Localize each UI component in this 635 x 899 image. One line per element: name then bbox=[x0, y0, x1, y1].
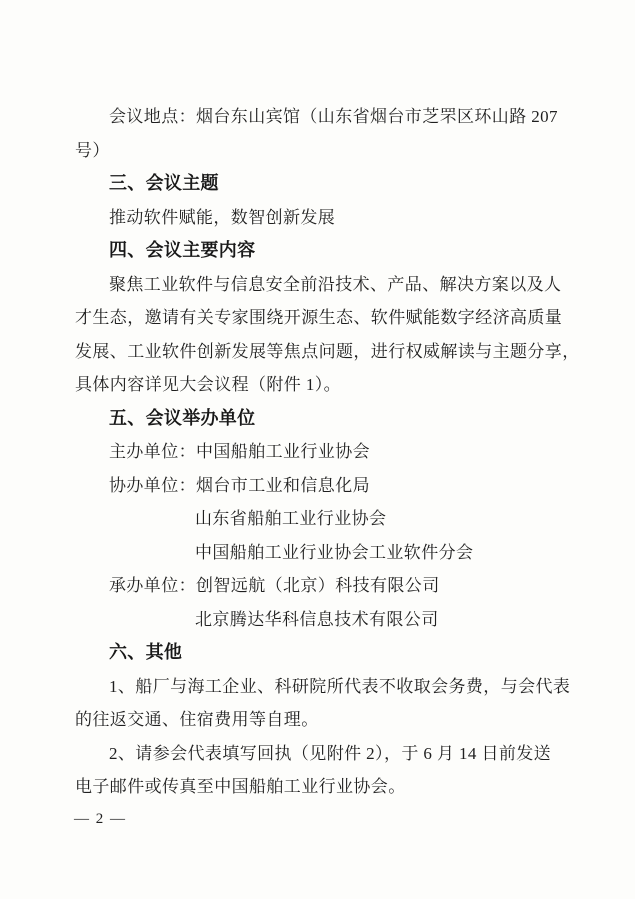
note-2-line-1: 2、请参会代表填写回执（见附件 2），于 6 月 14 日前发送 bbox=[75, 737, 565, 771]
content-line-2: 才生态，邀请有关专家围绕开源生态、软件赋能数字经济高质量 bbox=[75, 301, 565, 335]
co-organizer-line-1: 协办单位：烟台市工业和信息化局 bbox=[75, 469, 565, 503]
content-line-3: 发展、工业软件创新发展等焦点问题，进行权威解读与主题分享， bbox=[75, 335, 565, 369]
note-1-line-2: 的往返交通、住宿费用等自理。 bbox=[75, 703, 565, 737]
co-organizer-line-3: 中国船舶工业行业协会工业软件分会 bbox=[75, 536, 565, 570]
host-unit-line: 主办单位：中国船舶工业行业协会 bbox=[75, 435, 565, 469]
content-line-1: 聚焦工业软件与信息安全前沿技术、产品、解决方案以及人 bbox=[75, 268, 565, 302]
heading-main-content: 四、会议主要内容 bbox=[75, 234, 565, 268]
heading-meeting-theme: 三、会议主题 bbox=[75, 167, 565, 201]
document-body: 会议地点：烟台东山宾馆（山东省烟台市芝罘区环山路 207 号） 三、会议主题 推… bbox=[75, 100, 565, 804]
document-page: 会议地点：烟台东山宾馆（山东省烟台市芝罘区环山路 207 号） 三、会议主题 推… bbox=[0, 0, 635, 899]
undertaker-line-2: 北京腾达华科信息技术有限公司 bbox=[75, 603, 565, 637]
note-2-line-2: 电子邮件或传真至中国船舶工业行业协会。 bbox=[75, 770, 565, 804]
note-1-line-1: 1、船厂与海工企业、科研院所代表不收取会务费，与会代表 bbox=[75, 670, 565, 704]
heading-others: 六、其他 bbox=[75, 636, 565, 670]
venue-line-2: 号） bbox=[75, 134, 565, 168]
theme-text: 推动软件赋能，数智创新发展 bbox=[75, 201, 565, 235]
heading-organizers: 五、会议举办单位 bbox=[75, 402, 565, 436]
content-line-4: 具体内容详见大会议程（附件 1）。 bbox=[75, 368, 565, 402]
venue-line-1: 会议地点：烟台东山宾馆（山东省烟台市芝罘区环山路 207 bbox=[75, 100, 565, 134]
co-organizer-line-2: 山东省船舶工业行业协会 bbox=[75, 502, 565, 536]
page-number: — 2 — bbox=[74, 811, 127, 828]
undertaker-line-1: 承办单位：创智远航（北京）科技有限公司 bbox=[75, 569, 565, 603]
